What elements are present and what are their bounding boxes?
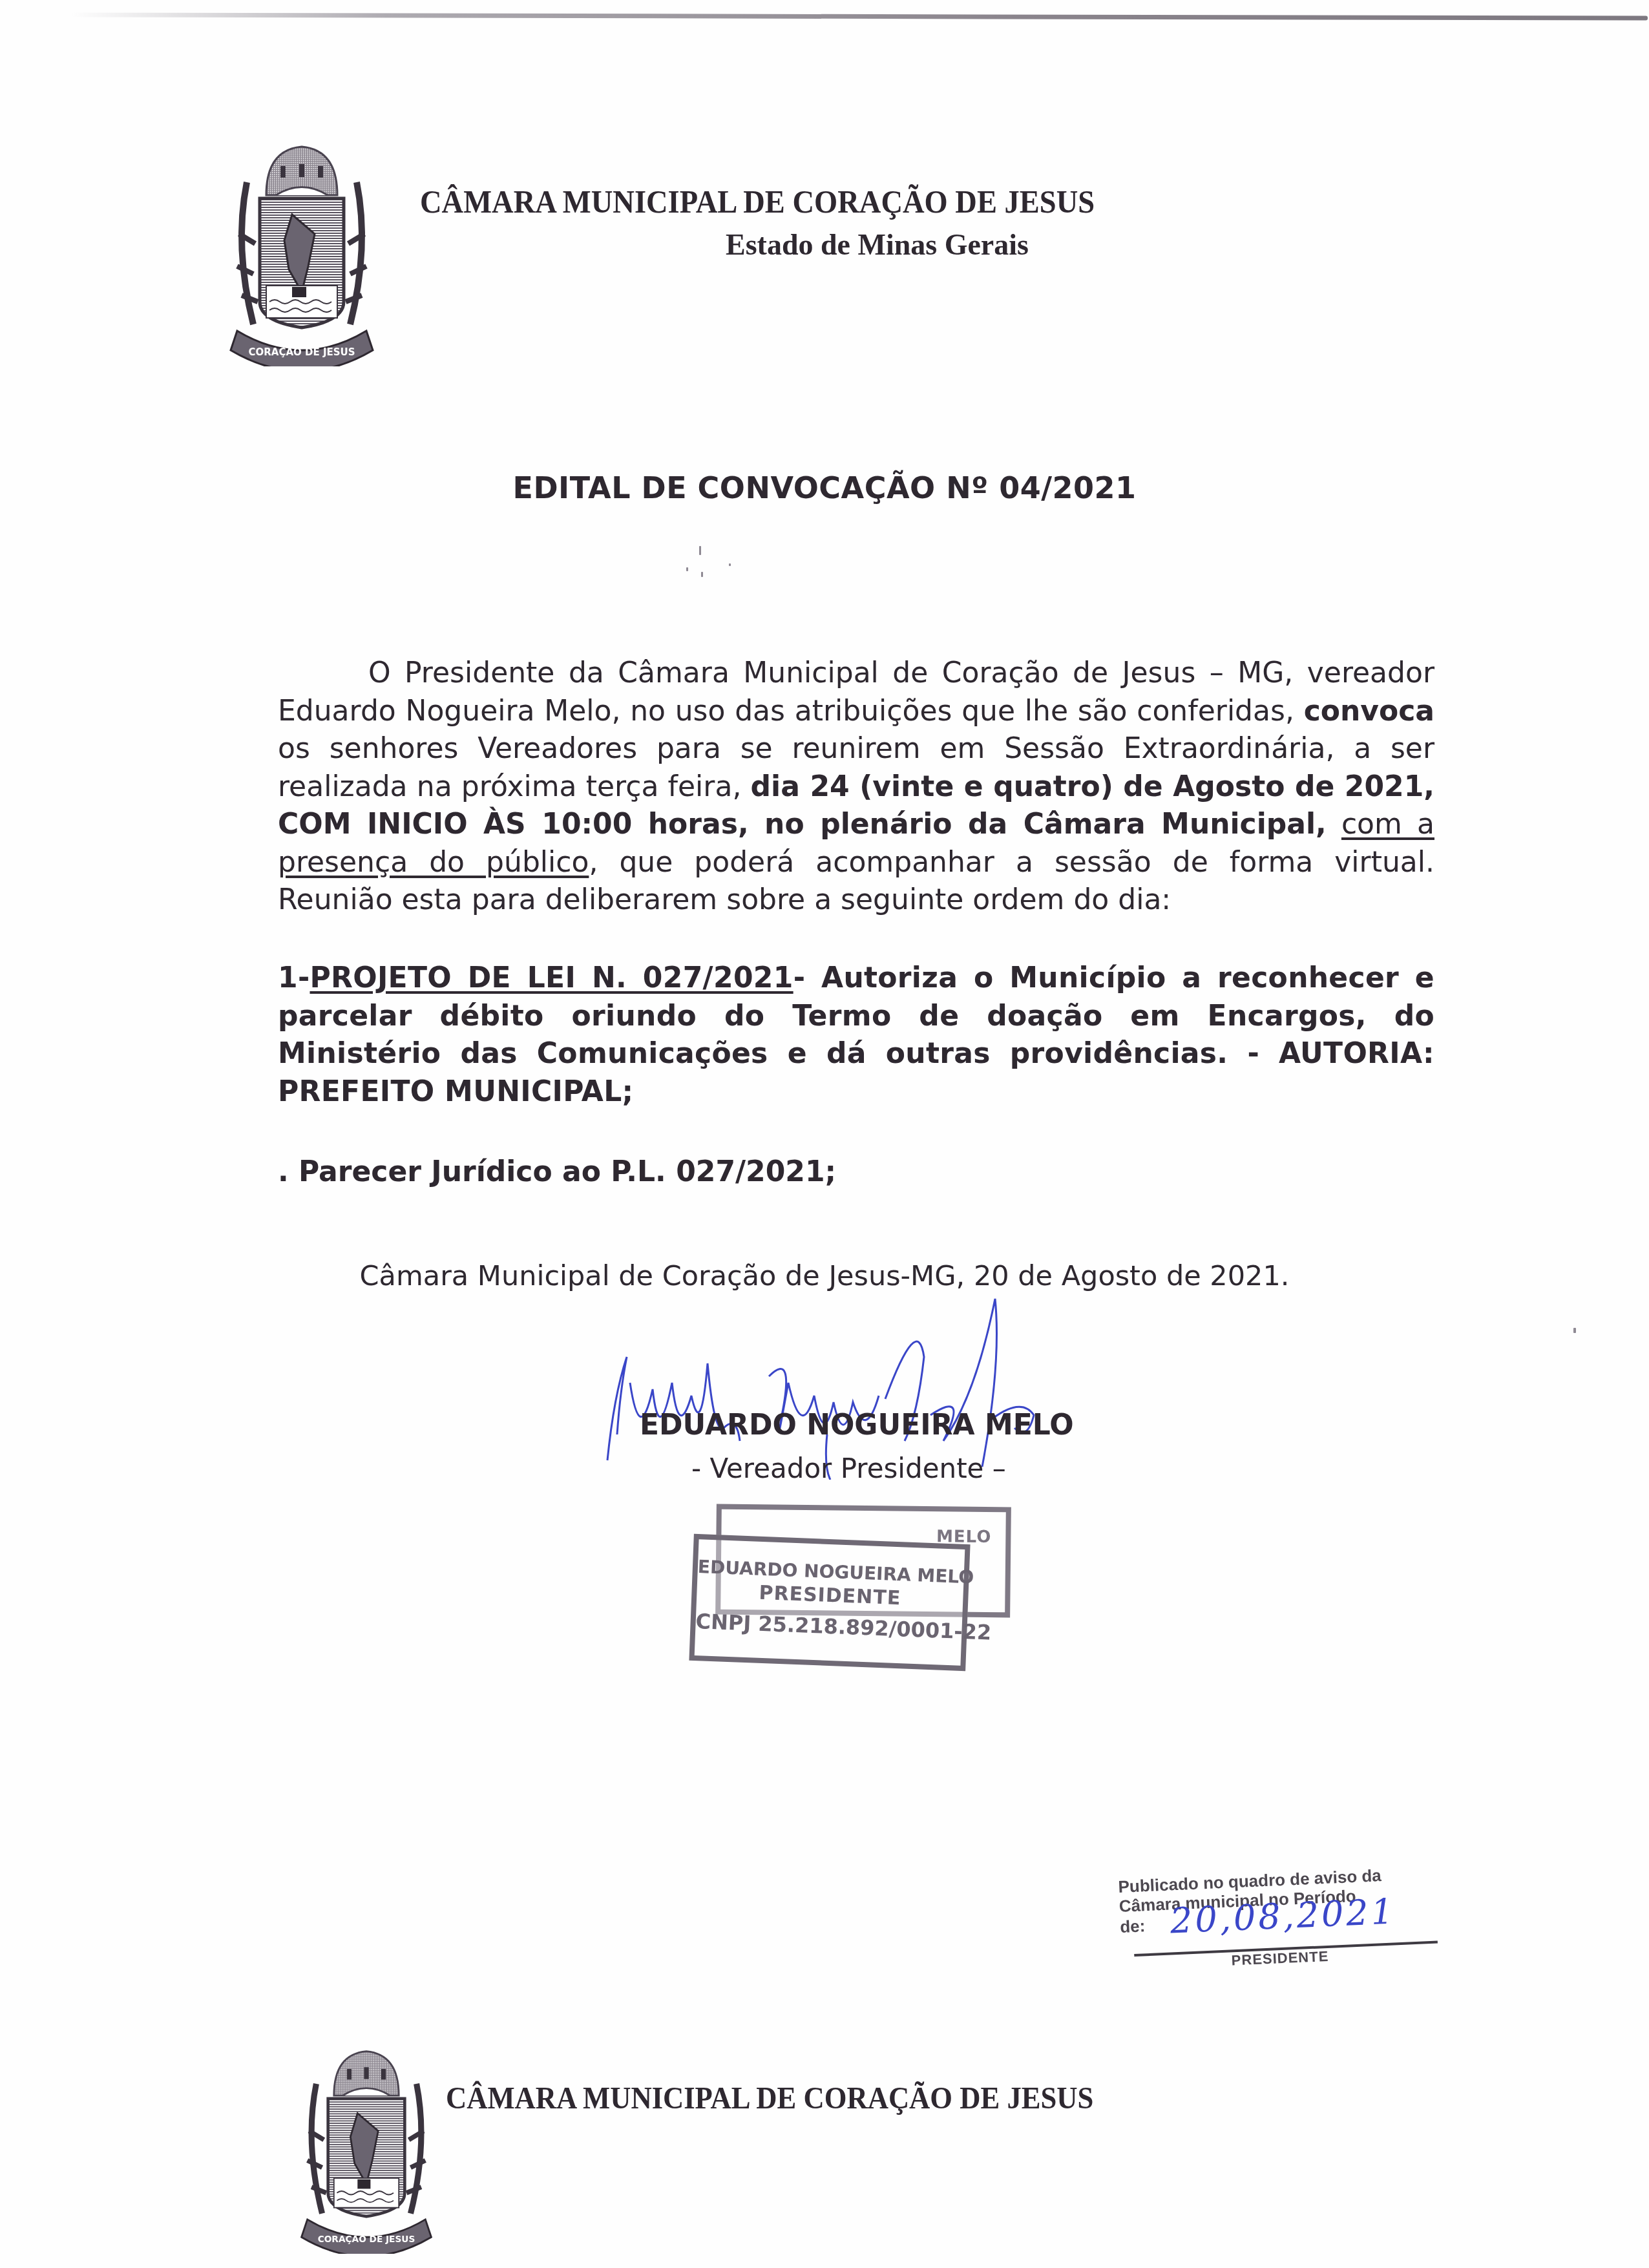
paragraph-space bbox=[1327, 808, 1341, 841]
publication-signatory: PRESIDENTE bbox=[1231, 1948, 1329, 1969]
legal-opinion-item: . Parecer Jurídico ao P.L. 027/2021; bbox=[278, 1153, 1434, 1192]
coat-of-arms-icon: CORAÇÃO DE JESUS bbox=[299, 2041, 434, 2254]
footer-institution: CÂMARA MUNICIPAL DE CORAÇÃO DE JESUS bbox=[446, 2081, 1093, 2116]
scan-speck bbox=[701, 572, 703, 577]
agenda-bill-number: PROJETO DE LEI N. 027/2021 bbox=[310, 961, 793, 994]
convocation-paragraph: O Presidente da Câmara Municipal de Cora… bbox=[278, 655, 1434, 919]
publication-line-3: de: bbox=[1120, 1916, 1146, 1937]
agenda-item: 1-PROJETO DE LEI N. 027/2021- Autoriza o… bbox=[278, 960, 1434, 1111]
scan-speck bbox=[686, 567, 688, 571]
stamp-cnpj: CNPJ 25.218.892/0001-22 bbox=[695, 1609, 962, 1644]
institution-header: CÂMARA MUNICIPAL DE CORAÇÃO DE JESUS bbox=[420, 183, 1095, 220]
paragraph-bold-convoca: convoca bbox=[1304, 695, 1434, 728]
svg-text:CORAÇÃO DE JESUS: CORAÇÃO DE JESUS bbox=[248, 346, 355, 358]
scan-speck bbox=[699, 546, 701, 555]
scan-speck bbox=[1573, 1328, 1576, 1333]
paragraph-text: O Presidente da Câmara Municipal de Cora… bbox=[278, 656, 1434, 728]
document-page: CORAÇÃO DE JESUS CÂMARA MUNICIPAL DE COR… bbox=[0, 0, 1649, 2268]
document-title: EDITAL DE CONVOCAÇÃO Nº 04/2021 bbox=[0, 470, 1649, 505]
handwritten-signature-icon bbox=[582, 1286, 1163, 1480]
publication-stamp: Publicado no quadro de aviso da Câmara m… bbox=[1118, 1862, 1457, 1961]
signatory-name: EDUARDO NOGUEIRA MELO bbox=[640, 1409, 1074, 1442]
agenda-prefix: 1- bbox=[278, 961, 310, 994]
scan-speck bbox=[729, 563, 731, 566]
coat-of-arms-icon: CORAÇÃO DE JESUS bbox=[227, 137, 376, 366]
state-subheader: Estado de Minas Gerais bbox=[726, 227, 1029, 262]
scan-edge-line bbox=[71, 12, 1648, 20]
svg-text:CORAÇÃO DE JESUS: CORAÇÃO DE JESUS bbox=[318, 2234, 415, 2245]
signatory-role: - Vereador Presidente – bbox=[691, 1453, 1006, 1484]
official-stamp: EDUARDO NOGUEIRA MELO PRESIDENTE CNPJ 25… bbox=[689, 1534, 970, 1671]
